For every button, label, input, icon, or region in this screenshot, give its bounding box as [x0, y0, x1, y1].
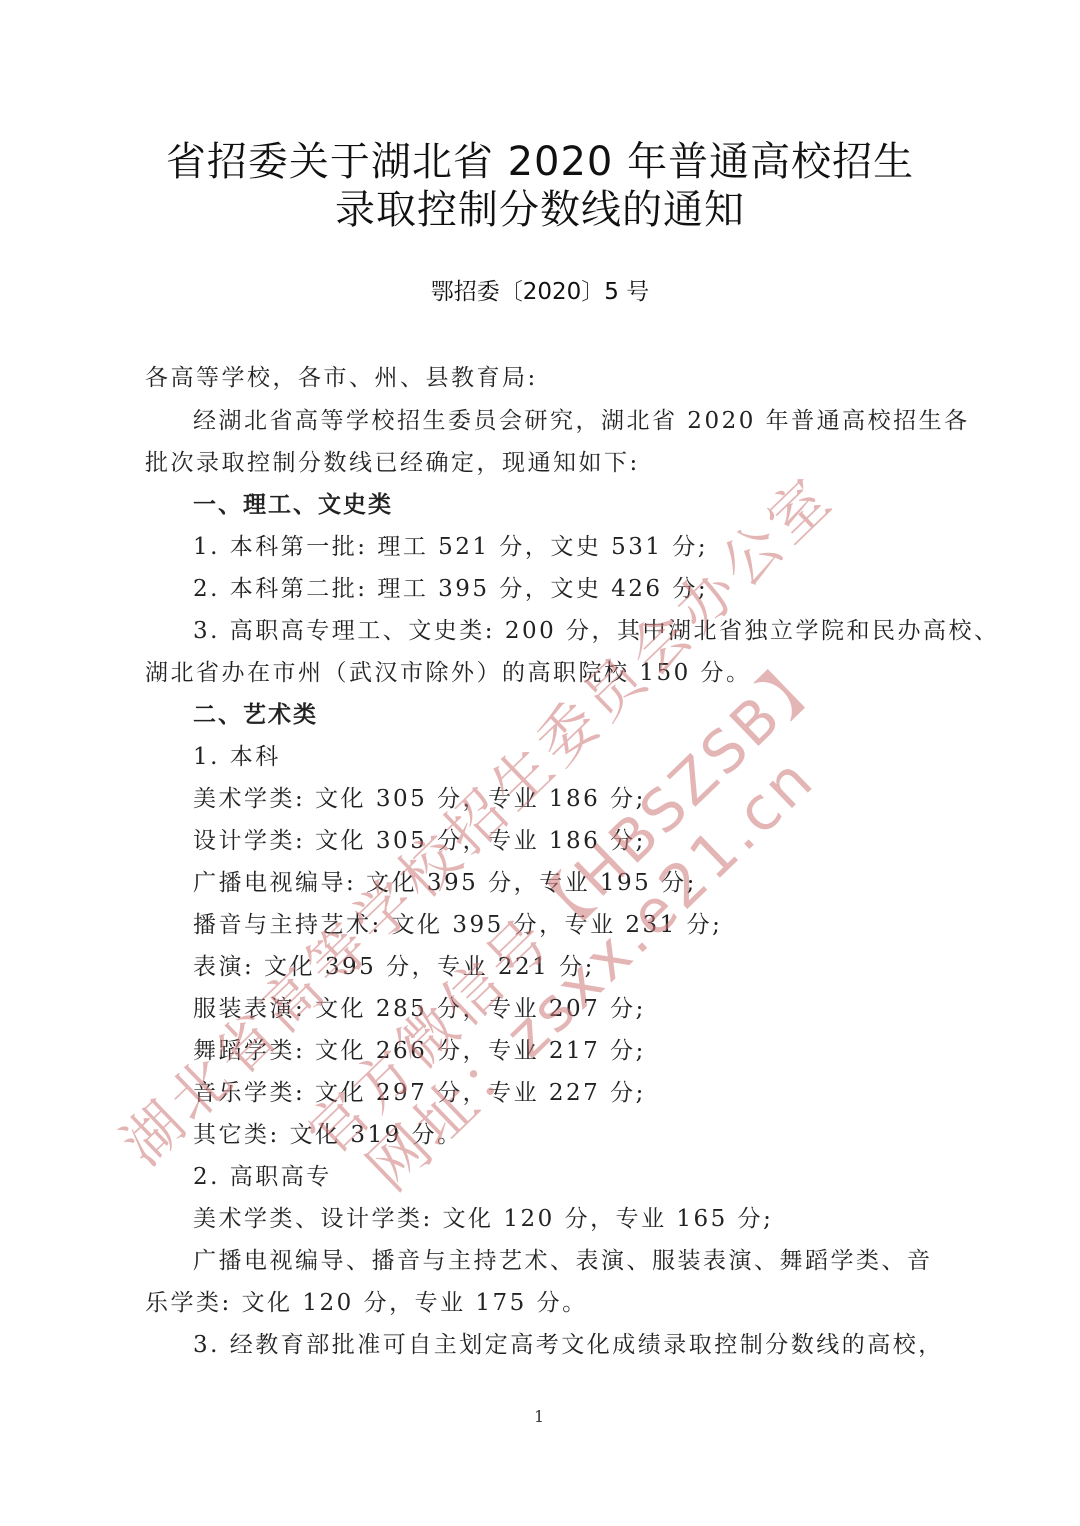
undergrad-score-row: 服装表演: 文化 285 分，专业 207 分;: [193, 994, 646, 1024]
undergrad-score-row: 设计学类: 文化 305 分，专业 186 分;: [193, 826, 646, 856]
document-title-line1: 省招委关于湖北省 2020 年普通高校招生: [0, 138, 1080, 186]
page-number: 1: [534, 1407, 544, 1426]
section-2-sub-vocational: 2. 高职高专: [193, 1162, 332, 1192]
undergrad-score-row: 音乐学类: 文化 297 分，专业 227 分;: [193, 1078, 646, 1108]
section-1-heading: 一、理工、文史类: [193, 490, 393, 520]
undergrad-score-row: 美术学类: 文化 305 分，专业 186 分;: [193, 784, 646, 814]
undergrad-score-row: 广播电视编导: 文化 395 分，专业 195 分;: [193, 868, 697, 898]
undergrad-score-row: 播音与主持艺术: 文化 395 分，专业 231 分;: [193, 910, 722, 940]
vocational-score-row: 美术学类、设计学类: 文化 120 分，专业 165 分;: [193, 1204, 773, 1234]
document-number: 鄂招委〔2020〕5 号: [0, 276, 1080, 308]
section-2-sub-undergrad: 1. 本科: [193, 742, 281, 772]
document-title-line2: 录取控制分数线的通知: [0, 186, 1080, 234]
undergrad-score-row: 表演: 文化 395 分，专业 221 分;: [193, 952, 595, 982]
section-2-heading: 二、艺术类: [193, 700, 318, 730]
undergrad-score-row: 舞蹈学类: 文化 266 分，专业 217 分;: [193, 1036, 646, 1066]
addressee: 各高等学校，各市、州、县教育局:: [145, 363, 538, 393]
vocational-score-row: 广播电视编导、播音与主持艺术、表演、服装表演、舞蹈学类、音: [193, 1246, 933, 1276]
undergrad-score-row: 其它类: 文化 319 分。: [193, 1120, 463, 1150]
document-page: 省招委关于湖北省 2020 年普通高校招生 录取控制分数线的通知 鄂招委〔202…: [0, 0, 1080, 1526]
section-1-item: 3. 高职高专理工、文史类: 200 分，其中湖北省独立学院和民办高校、: [193, 616, 1000, 646]
watermark-line-1: 湖北省高等学校招生委员会办公室: [100, 453, 849, 1180]
vocational-score-row-continued: 乐学类: 文化 120 分，专业 175 分。: [145, 1288, 588, 1318]
intro-line-2: 批次录取控制分数线已经确定，现通知如下:: [145, 448, 640, 478]
section-1-item-continued: 湖北省办在市州（武汉市除外）的高职院校 150 分。: [145, 658, 752, 688]
section-1-item: 2. 本科第二批: 理工 395 分，文史 426 分;: [193, 574, 708, 604]
intro-line-1: 经湖北省高等学校招生委员会研究，湖北省 2020 年普通高校招生各: [193, 406, 970, 436]
section-1-item: 1. 本科第一批: 理工 521 分，文史 531 分;: [193, 532, 708, 562]
section-2-item-3: 3. 经教育部批准可自主划定高考文化成绩录取控制分数线的高校，: [193, 1330, 944, 1360]
